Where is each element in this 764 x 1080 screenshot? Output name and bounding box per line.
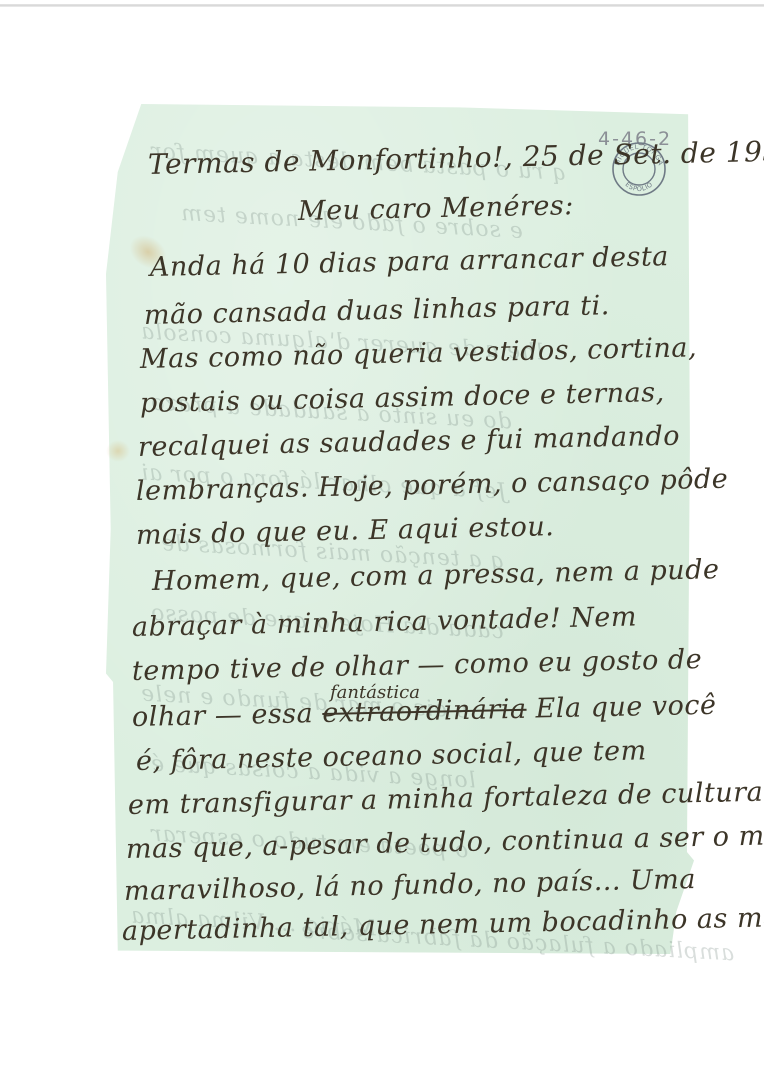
- scan-edge-line: [0, 4, 764, 7]
- body-line-start: olhar — essa: [132, 698, 314, 733]
- paper-stain-left: [106, 440, 130, 462]
- line-end-fragment: Ela que você: [535, 690, 716, 725]
- salutation: Meu caro Menéres:: [298, 190, 574, 227]
- svg-text:ESPOLIO: ESPOLIO: [624, 180, 655, 193]
- struck-word: extraordinária: [322, 694, 527, 729]
